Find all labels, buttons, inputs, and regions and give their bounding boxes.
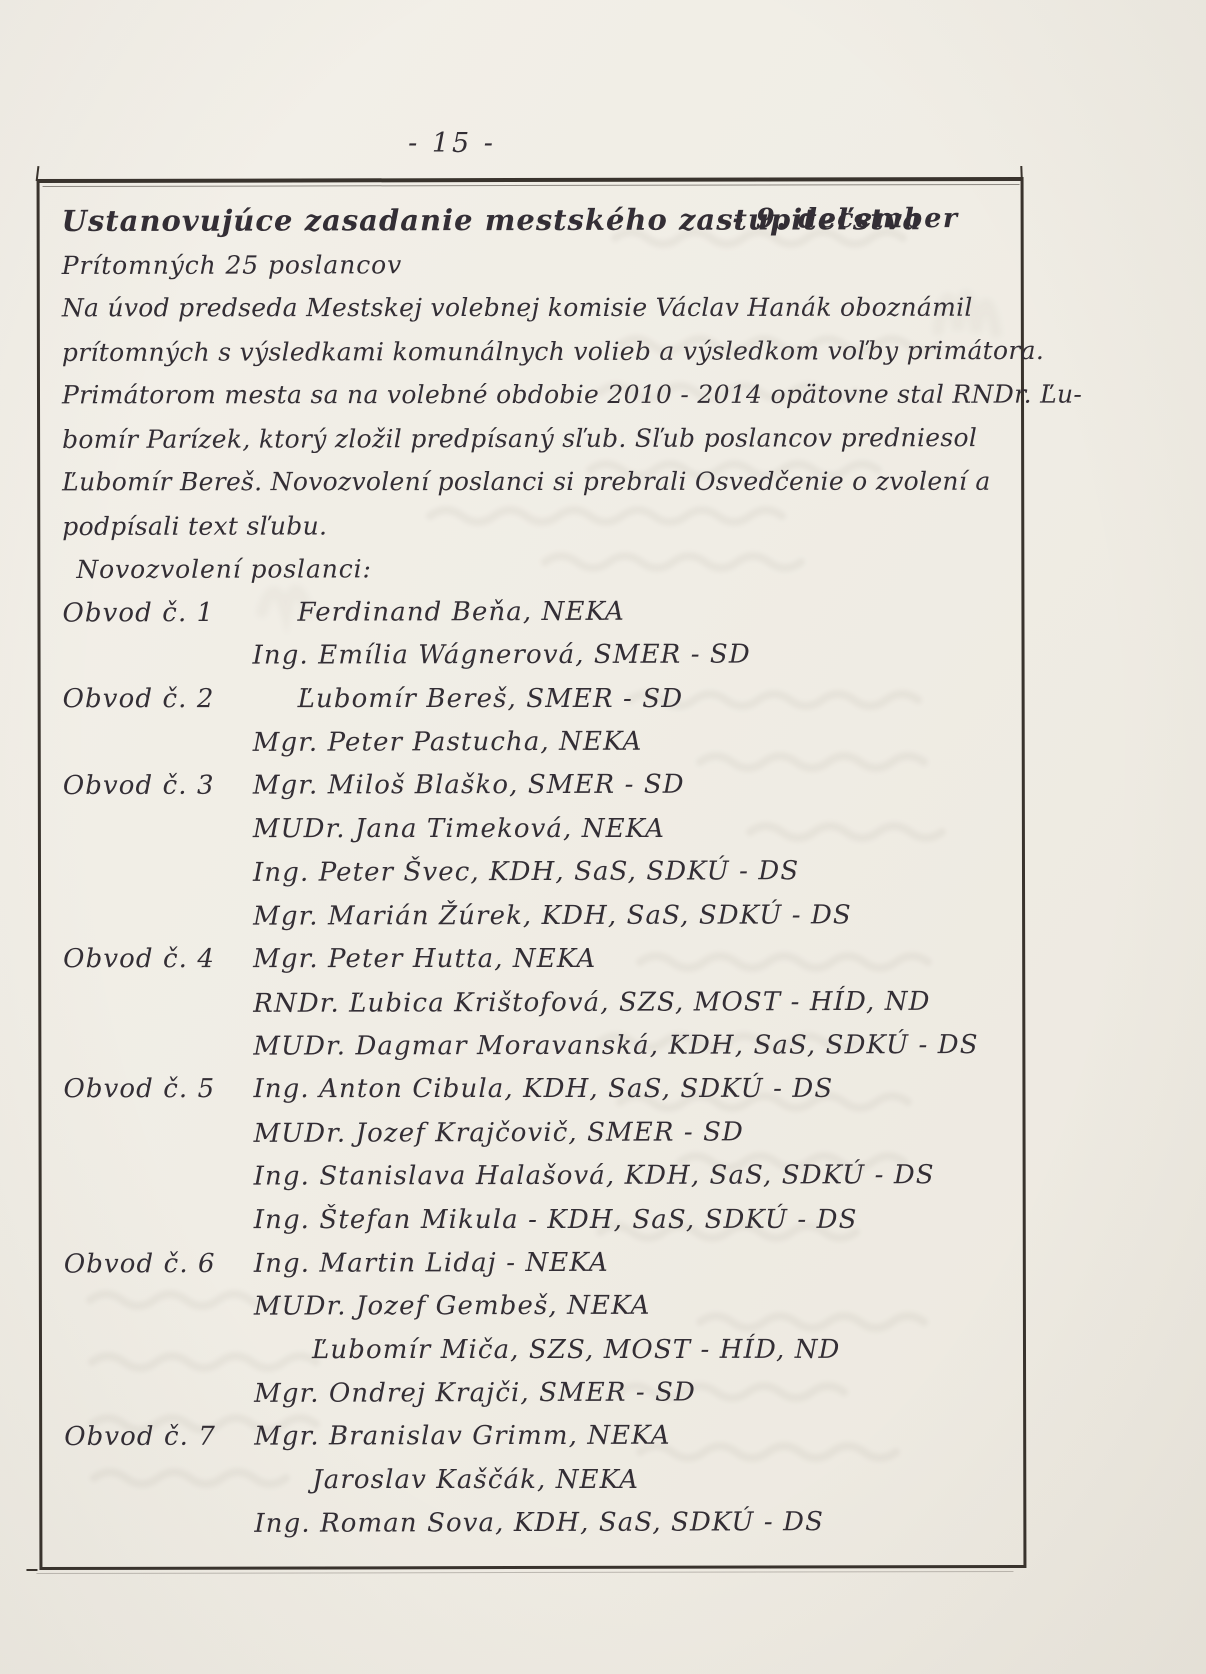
member-name: MUDr. Dagmar Moravanská, KDH, SaS, SDKÚ … <box>253 1030 978 1062</box>
member-row: Ing. Emília Wágnerová, SMER - SD <box>62 633 1003 678</box>
member-name: MUDr. Jana Timeková, NEKA <box>253 814 665 844</box>
district-label: Obvod č. 3 <box>63 771 253 801</box>
member-row: Obvod č. 2Ľubomír Bereš, SMER - SD <box>63 677 1004 721</box>
member-name: MUDr. Jozef Krajčovič, SMER - SD <box>253 1117 744 1149</box>
chronicle-entry: Ustanovujúce zasadanie mestského zastupi… <box>40 181 1024 1567</box>
member-name: Ing. Stanislava Halašová, KDH, SaS, SDKÚ… <box>254 1160 935 1191</box>
frame-corner-tick-bottom-left <box>26 1569 37 1571</box>
member-row: Ľubomír Miča, SZS, MOST - HÍD, ND <box>64 1328 1005 1372</box>
district-label: Obvod č. 5 <box>63 1074 253 1104</box>
district-label: Obvod č. 4 <box>63 944 253 974</box>
member-name: Mgr. Branislav Grimm, NEKA <box>254 1421 670 1452</box>
member-row: Mgr. Marián Žúrek, KDH, SaS, SDKÚ - DS <box>63 893 1004 938</box>
district-label: Obvod č. 2 <box>63 684 253 714</box>
member-name: Mgr. Marián Žúrek, KDH, SaS, SDKÚ - DS <box>253 900 852 931</box>
member-row: MUDr. Jozef Gembeš, NEKA <box>64 1283 1005 1328</box>
entry-title-row: Ustanovujúce zasadanie mestského zastupi… <box>62 195 1003 244</box>
page-frame: Ustanovujúce zasadanie mestského zastupi… <box>37 177 1027 1570</box>
member-name: Ľubomír Miča, SZS, MOST - HÍD, ND <box>312 1334 840 1364</box>
member-row: RNDr. Ľubica Krištofová, SZS, MOST - HÍD… <box>63 979 1004 1025</box>
member-name: Jaroslav Kaščák, NEKA <box>312 1465 639 1495</box>
member-name: Ing. Emília Wágnerová, SMER - SD <box>253 640 751 671</box>
member-row: Jaroslav Kaščák, NEKA <box>64 1458 1005 1502</box>
member-row: Obvod č. 6Ing. Martin Lidaj - NEKA <box>64 1240 1005 1286</box>
paragraph-line: prítomných s výsledkami komunálnych voli… <box>62 329 1003 374</box>
district-label: Obvod č. 6 <box>64 1249 254 1280</box>
member-row: Obvod č. 7Mgr. Branislav Grimm, NEKA <box>64 1414 1005 1459</box>
member-row: Ing. Roman Sova, KDH, SaS, SDKÚ - DS <box>64 1500 1005 1546</box>
paragraph-line: podpísali text sľubu. <box>62 502 1003 547</box>
member-name: MUDr. Jozef Gembeš, NEKA <box>254 1291 651 1322</box>
member-row: Obvod č. 1Ferdinand Beňa, NEKA <box>62 589 1003 635</box>
member-name: Ferdinand Beňa, NEKA <box>297 597 625 628</box>
district-label <box>64 1524 254 1525</box>
member-name: Mgr. Peter Pastucha, NEKA <box>253 727 643 758</box>
member-row: Obvod č. 5Ing. Anton Cibula, KDH, SaS, S… <box>63 1067 1004 1111</box>
district-label: Obvod č. 1 <box>62 598 252 629</box>
paragraph-line: Ľubomír Bereš. Novozvolení poslanci si p… <box>62 460 1003 504</box>
member-name: Ing. Peter Švec, KDH, SaS, SDKÚ - DS <box>253 856 799 888</box>
member-row: Mgr. Peter Pastucha, NEKA <box>63 719 1004 765</box>
member-name: RNDr. Ľubica Krištofová, SZS, MOST - HÍD… <box>253 986 930 1018</box>
member-name: Mgr. Ondrej Krajči, SMER - SD <box>254 1377 696 1408</box>
entry-paragraph: Na úvod predseda Mestskej volebnej komis… <box>62 285 1004 547</box>
member-row: MUDr. Jozef Krajčovič, SMER - SD <box>63 1109 1004 1155</box>
paragraph-line: bomír Parízek, ktorý zložil predpísaný s… <box>62 416 1003 461</box>
member-row: Ing. Stanislava Halašová, KDH, SaS, SDKÚ… <box>64 1153 1005 1198</box>
member-row: Mgr. Ondrej Krajči, SMER - SD <box>64 1370 1005 1416</box>
paragraph-line: Na úvod predseda Mestskej volebnej komis… <box>62 286 1003 330</box>
district-label <box>63 873 253 874</box>
member-name: Mgr. Peter Hutta, NEKA <box>253 944 596 974</box>
entry-date: - 9. december <box>732 203 958 234</box>
member-row: Obvod č. 4Mgr. Peter Hutta, NEKA <box>63 937 1004 981</box>
member-name: Ľubomír Bereš, SMER - SD <box>298 684 684 714</box>
member-row: Obvod č. 3Mgr. Miloš Blaško, SMER - SD <box>63 763 1004 808</box>
member-name: Mgr. Miloš Blaško, SMER - SD <box>253 770 685 801</box>
member-row: Ing. Štefan Mikula - KDH, SaS, SDKÚ - DS <box>64 1197 1005 1241</box>
paragraph-line: Primátorom mesta sa na volebné obdobie 2… <box>62 373 1003 417</box>
page-number: - 15 - <box>392 128 512 159</box>
district-label <box>64 1394 254 1395</box>
scanned-chronicle-page: { "page": { "number": "- 15 -" }, "entry… <box>0 0 1206 1674</box>
district-label <box>64 1133 254 1134</box>
deputies-list: Obvod č. 1Ferdinand Beňa, NEKAIng. Emíli… <box>62 589 1005 1546</box>
member-name: Ing. Martin Lidaj - NEKA <box>254 1247 609 1278</box>
list-heading: Novozvolení poslanci: <box>62 546 1003 591</box>
member-name: Ing. Roman Sova, KDH, SaS, SDKÚ - DS <box>254 1507 824 1539</box>
member-name: Ing. Anton Cibula, KDH, SaS, SDKÚ - DS <box>253 1074 833 1104</box>
frame-corner-tick-top-right <box>1020 166 1022 179</box>
attendance-line: Prítomných 25 poslancov <box>62 242 1003 287</box>
district-label <box>63 743 253 744</box>
member-row: Ing. Peter Švec, KDH, SaS, SDKÚ - DS <box>63 849 1004 895</box>
district-label <box>63 1003 253 1004</box>
member-row: MUDr. Jana Timeková, NEKA <box>63 807 1004 851</box>
member-name: Ing. Štefan Mikula - KDH, SaS, SDKÚ - DS <box>254 1204 858 1234</box>
district-label: Obvod č. 7 <box>64 1422 254 1452</box>
member-row: MUDr. Dagmar Moravanská, KDH, SaS, SDKÚ … <box>63 1023 1004 1068</box>
